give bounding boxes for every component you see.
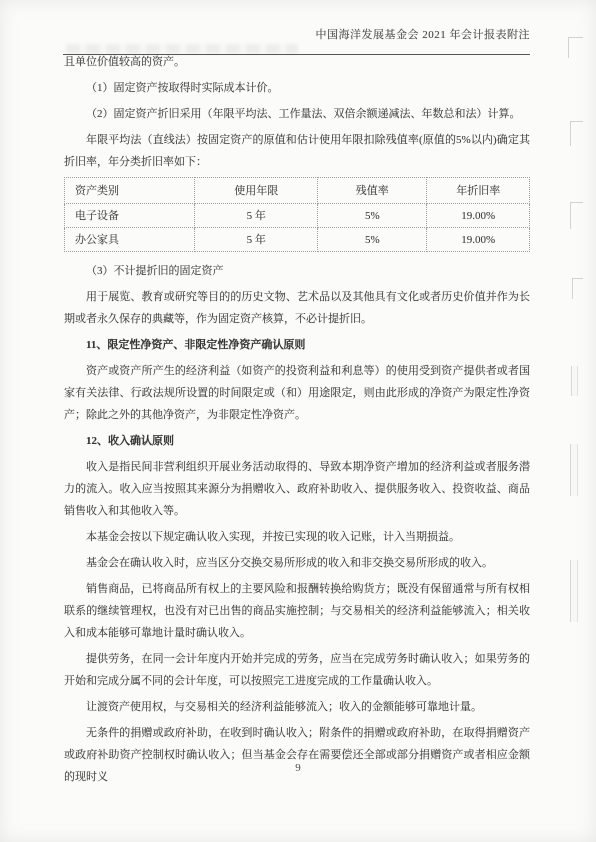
paragraph: 资产或资产所产生的经济利益（如资产的投资利益和利息等）的使用受到资产提供者或者国… — [64, 360, 530, 426]
paragraph: 提供劳务，在同一会计年度内开始并完成的劳务，应当在完成劳务时确认收入；如果劳务的… — [64, 648, 530, 692]
page-number: 9 — [0, 762, 596, 774]
scan-artifact — [572, 278, 583, 299]
paragraph: 销售商品，已将商品所有权上的主要风险和报酬转换给购货方；既没有保留通常与所有权相… — [64, 578, 530, 644]
paragraph: 且单位价值较高的资产。 — [64, 51, 530, 73]
table-header-cell: 年折旧率 — [427, 178, 530, 204]
table-cell: 5 年 — [195, 228, 318, 252]
paragraph: 用于展览、教育或研究等目的的历史文物、艺术品以及其他具有文化或者历史价值并作为长… — [64, 286, 530, 330]
section-heading-12: 12、收入确认原则 — [64, 430, 530, 452]
scan-artifact — [570, 202, 583, 229]
paragraph: （2）固定资产折旧采用（年限平均法、工作量法、双倍余额递减法、年数总和法）计算。 — [64, 103, 530, 125]
table-cell: 电子设备 — [65, 204, 195, 228]
report-header-title: 中国海洋发展基金会 2021 年会计报表附注 — [64, 26, 530, 42]
scan-artifact — [568, 37, 583, 58]
paragraph: 无条件的捐赠或政府补助，在收到时确认收入；附条件的捐赠或政府补助，在取得捐赠资产… — [64, 722, 530, 788]
scan-artifact — [570, 560, 578, 622]
paragraph: 收入是指民间非营利组织开展业务活动取得的、导致本期净资产增加的经济利益或者服务潜… — [64, 456, 530, 522]
paragraph: 让渡资产使用权，与交易相关的经济利益能够流入；收入的金额能够可靠地计量。 — [64, 696, 530, 718]
table-row: 电子设备 5 年 5% 19.00% — [65, 204, 530, 228]
scan-artifact — [571, 366, 578, 396]
table-cell: 办公家具 — [65, 228, 195, 252]
paragraph: （3）不计提折旧的固定资产 — [64, 260, 530, 282]
table-cell: 5 年 — [195, 204, 318, 228]
table-cell: 5% — [318, 204, 427, 228]
paragraph: 年限平均法（直线法）按固定资产的原值和估计使用年限扣除残值率(原值的5%以内)确… — [64, 129, 530, 173]
table-cell: 5% — [318, 228, 427, 252]
table-row: 办公家具 5 年 5% 19.00% — [65, 228, 530, 252]
table-header-row: 资产类别 使用年限 残值率 年折旧率 — [65, 178, 530, 204]
paragraph: 基金会在确认收入时，应当区分交换交易所形成的收入和非交换交易所形成的收入。 — [64, 552, 530, 574]
document-body: 且单位价值较高的资产。 （1）固定资产按取得时实际成本计价。 （2）固定资产折旧… — [64, 51, 530, 792]
paragraph: 本基金会按以下规定确认收入实现，并按已实现的收入记账，计入当期损益。 — [64, 526, 530, 548]
table-header-cell: 残值率 — [318, 178, 427, 204]
scan-artifact — [570, 121, 583, 146]
depreciation-rate-table: 资产类别 使用年限 残值率 年折旧率 电子设备 5 年 5% 19.00% 办公… — [64, 177, 530, 252]
table-cell: 19.00% — [427, 228, 530, 252]
scan-artifact — [570, 444, 578, 496]
scanned-document-page: 中国海洋发展基金会 2021 年会计报表附注 且单位价值较高的资产。 （1）固定… — [0, 0, 596, 842]
section-heading-11: 11、限定性净资产、非限定性净资产确认原则 — [64, 334, 530, 356]
paragraph: （1）固定资产按取得时实际成本计价。 — [64, 77, 530, 99]
table-cell: 19.00% — [427, 204, 530, 228]
table-header-cell: 使用年限 — [195, 178, 318, 204]
table-header-cell: 资产类别 — [65, 178, 195, 204]
